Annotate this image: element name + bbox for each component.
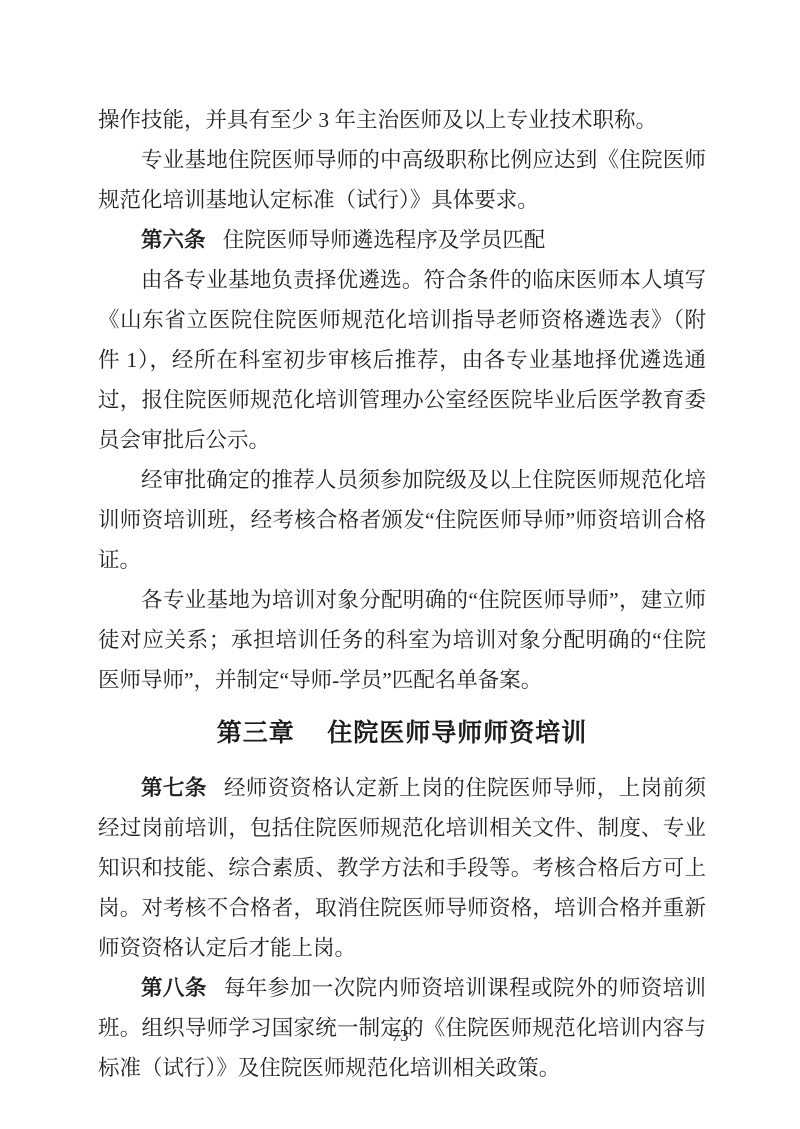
paragraph-text: 由各专业基地负责择优遴选。符合条件的临床医师本人填写《山东省立医院住院医师规范化… [98, 268, 706, 452]
paragraph-text: 经审批确定的推荐人员须参加院级及以上住院医师规范化培训师资培训班，经考核合格者颁… [98, 468, 706, 572]
paragraph-article-7: 第七条经师资资格认定新上岗的住院医师导师，上岗前须经过岗前培训，包括住院医师规范… [98, 768, 706, 968]
paragraph: 经审批确定的推荐人员须参加院级及以上住院医师规范化培训师资培训班，经考核合格者颁… [98, 460, 706, 580]
document-body: 操作技能，并具有至少 3 年主治医师及以上专业技术职称。 专业基地住院医师导师的… [98, 100, 706, 1088]
paragraph: 操作技能，并具有至少 3 年主治医师及以上专业技术职称。 [98, 100, 706, 140]
chapter-title: 住院医师导师师资培训 [327, 719, 587, 747]
paragraph-article-6: 第六条住院医师导师遴选程序及学员匹配 [98, 220, 706, 260]
paragraph-text: 各专业基地为培训对象分配明确的“住院医师导师”，建立师徒对应关系；承担培训任务的… [98, 588, 706, 692]
article-label: 第六条 [141, 228, 206, 252]
paragraph: 由各专业基地负责择优遴选。符合条件的临床医师本人填写《山东省立医院住院医师规范化… [98, 260, 706, 460]
paragraph-text: 专业基地住院医师导师的中高级职称比例应达到《住院医师规范化培训基地认定标准（试行… [98, 148, 706, 212]
article-label: 第八条 [141, 976, 207, 1000]
paragraph: 各专业基地为培训对象分配明确的“住院医师导师”，建立师徒对应关系；承担培训任务的… [98, 580, 706, 700]
paragraph: 专业基地住院医师导师的中高级职称比例应达到《住院医师规范化培训基地认定标准（试行… [98, 140, 706, 220]
page-number: 73 [0, 1024, 800, 1048]
paragraph-text: 经师资资格认定新上岗的住院医师导师，上岗前须经过岗前培训，包括住院医师规范化培训… [98, 776, 706, 960]
paragraph-text: 操作技能，并具有至少 3 年主治医师及以上专业技术职称。 [98, 108, 657, 132]
chapter-heading: 第三章住院医师导师师资培训 [98, 714, 706, 752]
article-label: 第七条 [141, 776, 207, 800]
chapter-number: 第三章 [217, 719, 295, 747]
document-page: 操作技能，并具有至少 3 年主治医师及以上专业技术职称。 专业基地住院医师导师的… [0, 0, 800, 1129]
paragraph-text: 住院医师导师遴选程序及学员匹配 [223, 228, 546, 252]
